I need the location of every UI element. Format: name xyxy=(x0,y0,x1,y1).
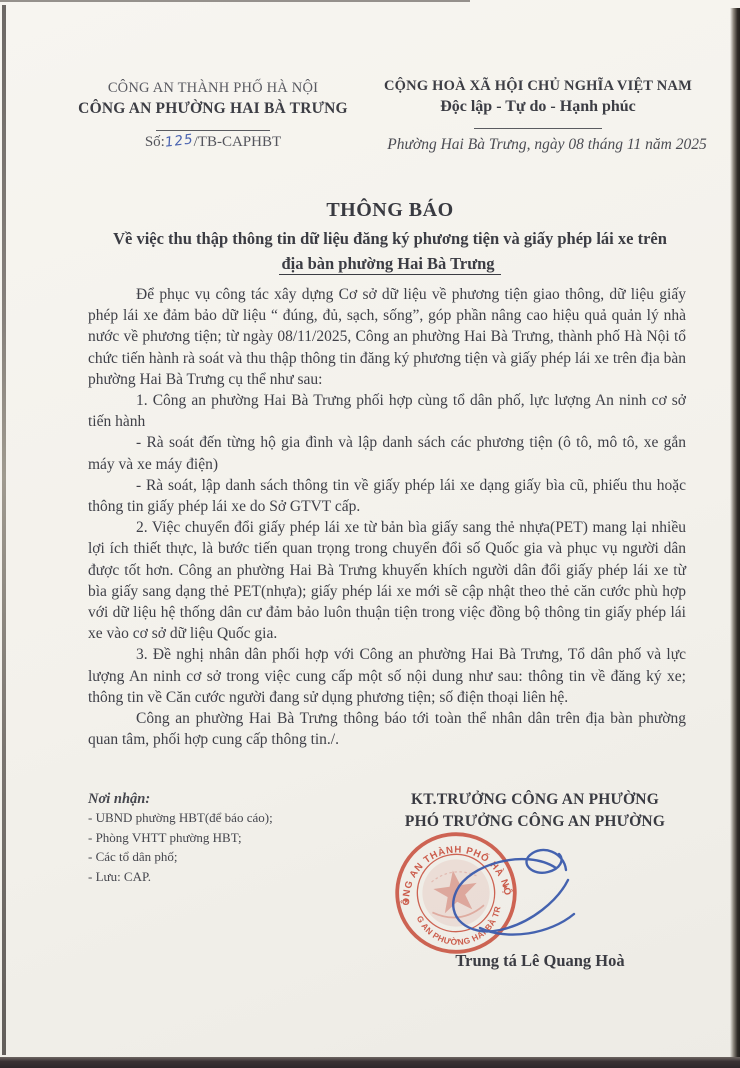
scan-edge-right xyxy=(730,8,740,1060)
national-motto: Độc lập - Tự do - Hạnh phúc xyxy=(362,98,714,116)
document-number-suffix: /TB-CAPHBT xyxy=(194,134,282,150)
agency-block: CÔNG AN THÀNH PHỐ HÀ NỘI CÔNG AN PHƯỜNG … xyxy=(70,80,356,136)
signer-name: Trung tá Lê Quang Hoà xyxy=(390,951,690,971)
signer-authority-line-2: PHÓ TRƯỞNG CÔNG AN PHƯỜNG xyxy=(360,811,710,833)
recipient-item: - Các tổ dân phố; xyxy=(88,847,348,867)
document-subtitle: Về việc thu thập thông tin dữ liệu đăng … xyxy=(60,226,720,276)
scanned-document: CÔNG AN THÀNH PHỐ HÀ NỘI CÔNG AN PHƯỜNG … xyxy=(0,0,740,1068)
paragraph-closing: Công an phường Hai Bà Trưng thông báo tớ… xyxy=(88,708,686,750)
subtitle-line-1: Về việc thu thập thông tin dữ liệu đăng … xyxy=(60,226,720,251)
national-header-block: CỘNG HOÀ XÃ HỘI CHỦ NGHĨA VIỆT NAM Độc l… xyxy=(362,78,714,134)
recipient-item: - Lưu: CAP. xyxy=(88,867,348,887)
document-number: Số:125/TB-CAPHBT xyxy=(70,134,356,151)
signature-icon xyxy=(438,838,633,950)
paragraph-item-1-dash2: - Rà soát, lập danh sách thông tin về gi… xyxy=(88,475,686,517)
recipients-label: Nơi nhận: xyxy=(88,791,348,808)
motto-underline xyxy=(474,128,602,129)
place-date-line: Phường Hai Bà Trưng, ngày 08 tháng 11 nă… xyxy=(362,136,732,154)
paragraph-item-1-dash1: - Rà soát đến từng hộ gia đình và lập da… xyxy=(88,432,686,474)
agency-underline xyxy=(156,130,270,131)
document-number-handwritten: 125 xyxy=(164,131,195,150)
paragraph-intro: Để phục vụ công tác xây dựng Cơ sở dữ li… xyxy=(88,284,686,390)
agency-parent-name: CÔNG AN THÀNH PHỐ HÀ NỘI xyxy=(70,80,356,97)
agency-name: CÔNG AN PHƯỜNG HAI BÀ TRƯNG xyxy=(70,100,356,118)
signature-block: KT.TRƯỞNG CÔNG AN PHƯỜNG PHÓ TRƯỞNG CÔNG… xyxy=(360,789,710,833)
recipients-block: Nơi nhận: - UBND phường HBT(để báo cáo);… xyxy=(88,791,348,886)
handwritten-signature xyxy=(438,838,633,950)
scan-edge-bottom xyxy=(0,1057,740,1068)
recipient-item: - Phòng VHTT phường HBT; xyxy=(88,828,348,848)
national-title: CỘNG HOÀ XÃ HỘI CHỦ NGHĨA VIỆT NAM xyxy=(362,78,714,95)
paragraph-item-1: 1. Công an phường Hai Bà Trưng phối hợp … xyxy=(88,390,686,432)
paragraph-item-2: 2. Việc chuyển đổi giấy phép lái xe từ b… xyxy=(88,517,686,644)
paragraph-item-3: 3. Đề nghị nhân dân phối hợp với Công an… xyxy=(88,644,686,708)
scan-edge-top xyxy=(0,0,470,2)
document-body: Để phục vụ công tác xây dựng Cơ sở dữ li… xyxy=(88,284,686,750)
recipient-item: - UBND phường HBT(để báo cáo); xyxy=(88,808,348,828)
scan-edge-left xyxy=(2,5,6,1055)
document-title: THÔNG BÁO xyxy=(50,199,730,222)
document-number-label: Số: xyxy=(145,134,165,150)
subtitle-line-2: địa bàn phường Hai Bà Trưng xyxy=(279,254,500,275)
signer-authority-line-1: KT.TRƯỞNG CÔNG AN PHƯỜNG xyxy=(360,789,710,811)
